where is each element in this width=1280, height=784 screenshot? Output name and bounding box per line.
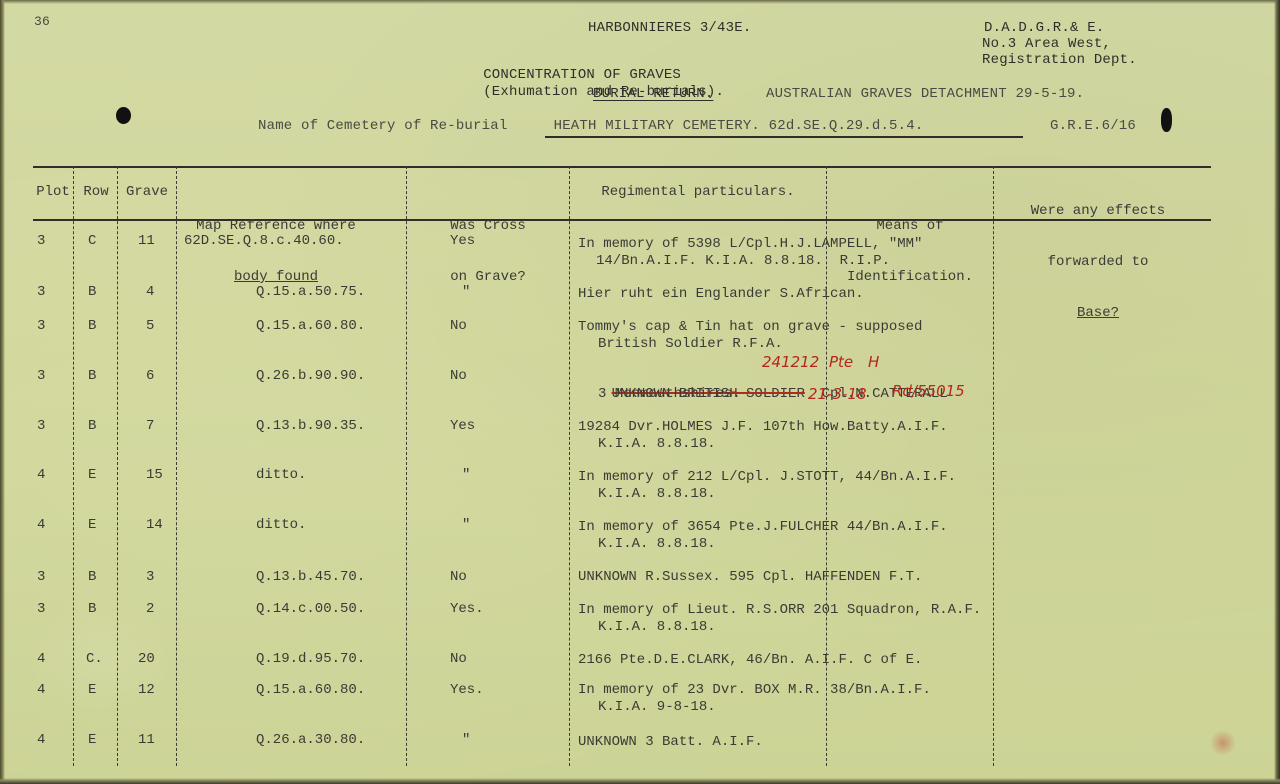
- burial-return-heading: BURIAL RETURN.: [593, 86, 713, 103]
- cell-cross: ": [462, 284, 470, 301]
- table-top-rule: [33, 166, 1211, 168]
- cell-row: B: [88, 318, 96, 335]
- punch-hole-left: [116, 107, 131, 124]
- cell-map-ref: ditto.: [256, 467, 306, 484]
- page-number: 36: [34, 13, 50, 30]
- cemetery-label: Name of Cemetery of Re-burial: [258, 118, 507, 135]
- cell-map-ref: Q.15.a.60.80.: [256, 682, 365, 699]
- cell-plot: 3: [37, 601, 45, 618]
- office-line-1: D.A.D.G.R.& E.: [984, 20, 1104, 37]
- cell-cross: Yes: [450, 418, 475, 435]
- cell-plot: 3: [37, 318, 45, 335]
- cell-grave: 11: [138, 732, 155, 749]
- cell-cross: No: [450, 569, 467, 586]
- cell-row: E: [88, 517, 96, 534]
- cell-particulars-line1: 19284 Dvr.HOLMES J.F. 107th How.Batty.A.…: [578, 419, 948, 436]
- cell-grave: 2: [146, 601, 154, 618]
- cell-particulars-line2: K.I.A. 8.8.18.: [598, 619, 716, 636]
- document-title: HARBONNIERES 3/43E.: [588, 20, 751, 37]
- cell-map-ref: Q.26.a.30.80.: [256, 732, 365, 749]
- cell-grave: 11: [138, 233, 155, 250]
- cell-row: B: [88, 569, 96, 586]
- cell-cross: No: [450, 368, 467, 385]
- cell-particulars-line2: K.I.A. 8.8.18.: [598, 436, 716, 453]
- col-header-cross-line2: on Grave?: [407, 269, 569, 286]
- column-divider-ident-effects: [993, 166, 994, 766]
- cell-plot: 4: [37, 682, 45, 699]
- gre-reference: G.R.E.6/16: [1050, 118, 1136, 135]
- cell-grave: 20: [138, 651, 155, 668]
- cell-particulars-line1: UNKNOWN 3 Batt. A.I.F.: [578, 734, 763, 751]
- column-divider-row-grave: [117, 166, 118, 766]
- cell-plot: 4: [37, 651, 45, 668]
- red-stain: [1210, 730, 1236, 756]
- col-header-effects-line3: Base?: [1000, 305, 1196, 322]
- cell-plot: 3: [37, 569, 45, 586]
- cell-grave: 14: [146, 517, 163, 534]
- cell-map-ref: Q.13.b.90.35.: [256, 418, 365, 435]
- cell-map-ref: ditto.: [256, 517, 306, 534]
- cell-cross: No: [450, 651, 467, 668]
- cell-particulars-line1: In memory of Lieut. R.S.ORR 201 Squadron…: [578, 602, 981, 619]
- handwritten-number: 241212: [762, 353, 819, 371]
- page-edge-top: [0, 0, 1280, 4]
- handwritten-date: 21-3-18: [808, 385, 867, 403]
- cell-map-ref: Q.15.a.60.80.: [256, 318, 365, 335]
- cell-cross: No: [450, 318, 467, 335]
- handwritten-reference: Rd/55015: [892, 382, 965, 400]
- cell-grave: 12: [138, 682, 155, 699]
- cell-particulars-line2: K.I.A. 8.8.18.: [598, 536, 716, 553]
- cell-plot: 4: [37, 732, 45, 749]
- cell-particulars-line1: 2166 Pte.D.E.CLARK, 46/Bn. A.I.F. C of E…: [578, 652, 922, 669]
- cell-particulars-line1: Tommy's cap & Tin hat on grave - suppose…: [578, 319, 922, 336]
- cell-row: B: [88, 418, 96, 435]
- cell-plot: 4: [37, 467, 45, 484]
- cell-plot: 4: [37, 517, 45, 534]
- cell-map-ref: Q.13.b.45.70.: [256, 569, 365, 586]
- cell-cross: ": [462, 467, 470, 484]
- cell-grave: 7: [146, 418, 154, 435]
- cell-particulars-line2: British Soldier R.F.A.: [598, 336, 783, 353]
- cell-row: E: [88, 682, 96, 699]
- col-header-effects: Were any effects forwarded to Base?: [1000, 169, 1196, 339]
- cell-particulars-line1: Hier ruht ein Englander S.African.: [578, 286, 864, 303]
- cell-row: B: [88, 368, 96, 385]
- col-header-ident-line2: Identification.: [827, 269, 993, 286]
- cell-particulars-line2: 3 Monmouthshires.: [598, 386, 741, 403]
- col-header-effects-line2: forwarded to: [1000, 254, 1196, 271]
- cell-grave: 4: [146, 284, 154, 301]
- cell-particulars-line1: In memory of 3654 Pte.J.FULCHER 44/Bn.A.…: [578, 519, 948, 536]
- col-header-cross-line1: Was Cross: [407, 218, 569, 235]
- cell-particulars-line1: UNKNOWN R.Sussex. 595 Cpl. HAFFENDEN F.T…: [578, 569, 922, 586]
- subtitle-concentration: CONCENTRATION OF GRAVES: [483, 67, 681, 83]
- cell-grave: 3: [146, 569, 154, 586]
- cell-row: C: [88, 233, 96, 250]
- cell-row: B: [88, 601, 96, 618]
- handwritten-initial: H: [868, 353, 879, 371]
- cell-cross: ": [462, 517, 470, 534]
- cell-plot: 3: [37, 284, 45, 301]
- cell-map-ref: Q.14.c.00.50.: [256, 601, 365, 618]
- col-header-ident-line1: Means of: [827, 218, 993, 235]
- cell-particulars-line1: In memory of 23 Dvr. BOX M.R. 38/Bn.A.I.…: [578, 682, 931, 699]
- column-divider-plot-row: [73, 166, 74, 766]
- col-header-cross: Was Cross on Grave?: [407, 184, 569, 303]
- punch-hole-right: [1161, 108, 1172, 132]
- cell-cross: Yes: [450, 233, 475, 250]
- column-divider-cross-particulars: [569, 166, 570, 766]
- cell-plot: 3: [37, 368, 45, 385]
- page-edge-left: [0, 0, 5, 784]
- col-header-grave: Grave: [119, 184, 175, 201]
- cell-row: C.: [86, 651, 103, 668]
- cell-map-ref: Q.26.b.90.90.: [256, 368, 365, 385]
- cell-map-ref: 62D.SE.Q.8.c.40.60.: [184, 233, 344, 250]
- cell-plot: 3: [37, 233, 45, 250]
- page-edge-bottom: [0, 778, 1280, 784]
- cell-particulars-line2: 14/Bn.A.I.F. K.I.A. 8.8.18. R.I.P.: [596, 253, 890, 270]
- cell-cross: Yes.: [450, 601, 484, 618]
- cell-row: E: [88, 732, 96, 749]
- cell-row: B: [88, 284, 96, 301]
- page-edge-right: [1274, 0, 1280, 784]
- cell-row: E: [88, 467, 96, 484]
- handwritten-rank: Pte: [829, 353, 853, 371]
- cell-cross: ": [462, 732, 470, 749]
- col-header-effects-line1: Were any effects: [1000, 203, 1196, 220]
- cell-plot: 3: [37, 418, 45, 435]
- cell-map-ref: Q.15.a.50.75.: [256, 284, 365, 301]
- detachment-line: AUSTRALIAN GRAVES DETACHMENT 29-5-19.: [766, 86, 1084, 103]
- cemetery-value: HEATH MILITARY CEMETERY. 62d.SE.Q.29.d.5…: [545, 118, 1023, 138]
- office-line-3: Registration Dept.: [982, 52, 1137, 69]
- cell-particulars-line2: K.I.A. 9-8-18.: [598, 699, 716, 716]
- col-header-plot: Plot: [33, 184, 73, 201]
- cell-cross: Yes.: [450, 682, 484, 699]
- cell-grave: 6: [146, 368, 154, 385]
- cell-particulars-line1: In memory of 212 L/Cpl. J.STOTT, 44/Bn.A…: [578, 469, 956, 486]
- cell-particulars-line2: K.I.A. 8.8.18.: [598, 486, 716, 503]
- cell-particulars-line1: In memory of 5398 L/Cpl.H.J.LAMPELL, "MM…: [578, 236, 922, 253]
- col-header-row: Row: [76, 184, 116, 201]
- cell-grave: 5: [146, 318, 154, 335]
- office-line-2: No.3 Area West,: [982, 36, 1111, 53]
- cell-map-ref: Q.19.d.95.70.: [256, 651, 365, 668]
- cell-grave: 15: [146, 467, 163, 484]
- col-header-particulars: Regimental particulars.: [570, 184, 826, 201]
